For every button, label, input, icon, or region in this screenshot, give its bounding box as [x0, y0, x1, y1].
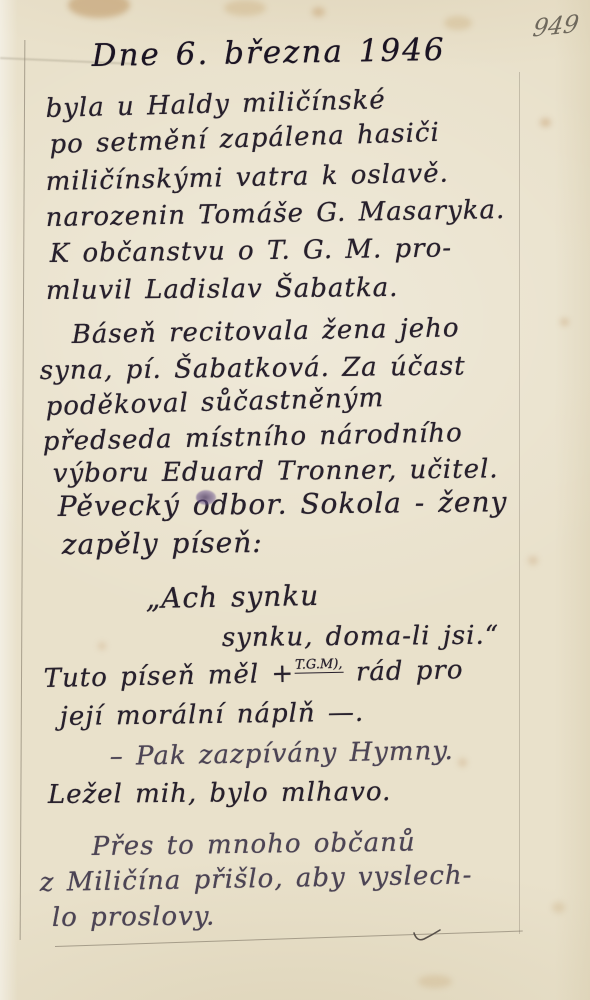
handwritten-line: předseda místního národního [42, 418, 463, 457]
stain [540, 118, 551, 127]
handwritten-line: Báseň recitovala žena jeho [71, 313, 459, 350]
song-quote-line: synku, doma-li jsi.“ [222, 621, 499, 653]
line-text-before-insertion: Tuto píseň měl + [43, 659, 294, 694]
handwritten-line: Pěvecký odbor. Sokola - ženy [58, 485, 508, 523]
margin-line-left [20, 40, 26, 940]
handwritten-line: Tuto píseň měl +T.G.M), rád pro [43, 655, 463, 694]
handwritten-line: výboru Eduard Tronner, učitel. [53, 454, 499, 489]
stain [552, 902, 565, 913]
handwritten-line: poděkoval sůčastněným [45, 383, 384, 422]
date-heading: Dne 6. března 1946 [91, 32, 446, 74]
margin-line-bottom [55, 930, 523, 947]
stain [418, 975, 452, 988]
handwritten-line: syna, pí. Šabatková. Za účast [40, 352, 466, 386]
insertion-note: T.G.M), [294, 657, 344, 674]
handwritten-line: po setmění zapálena hasiči [49, 118, 440, 160]
stain [98, 642, 106, 650]
handwritten-line: byla u Haldy miličínské [45, 85, 386, 124]
handwritten-line: její morální náplň —. [60, 698, 365, 732]
check-mark-icon [412, 928, 442, 948]
handwritten-line: z Miličína přišlo, aby vyslech- [39, 860, 472, 898]
ink-blot [196, 490, 216, 505]
handwritten-line: Přes to mnoho občanů [92, 827, 416, 862]
stain [224, 0, 266, 16]
handwritten-line: narozenin Tomáše G. Masaryka. [45, 195, 505, 233]
stain [68, 0, 130, 18]
handwritten-line: Ležel mih, bylo mlhavo. [48, 777, 392, 810]
stain [312, 7, 325, 17]
line-text-after-insertion: rád pro [343, 655, 463, 688]
handwritten-line: miličínskými vatra k oslavě. [45, 159, 449, 197]
margin-line-right [519, 72, 520, 934]
manuscript-page: 949 Dne 6. března 1946 byla u Haldy mili… [0, 0, 590, 1000]
stain [528, 556, 538, 565]
song-quote-line: „Ach synku [145, 579, 319, 615]
stain [560, 318, 569, 326]
stain [458, 758, 467, 767]
handwritten-line: K občanstvu o T. G. M. pro- [50, 233, 453, 269]
handwritten-line: – Pak zazpívány Hymny. [109, 736, 454, 772]
page-number: 949 [531, 9, 581, 42]
handwritten-line: mluvil Ladislav Šabatka. [46, 273, 399, 306]
stain [444, 16, 472, 30]
handwritten-line: zapěly píseň: [62, 526, 263, 561]
handwritten-line: lo proslovy. [52, 902, 216, 933]
